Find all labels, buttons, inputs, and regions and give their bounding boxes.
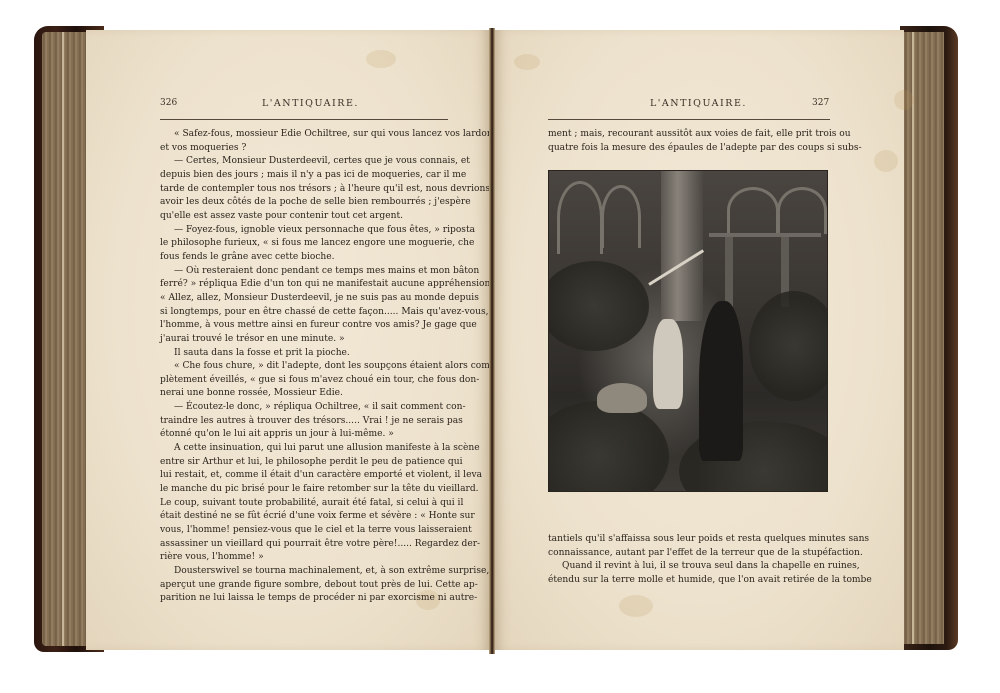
- left-page: 326 L'ANTIQUAIRE. « Safez-fous, mossieur…: [86, 30, 490, 650]
- attacker-figure: [653, 319, 683, 409]
- text-line: tarde de contempler tous nos trésors ; à…: [160, 183, 448, 197]
- text-line: lui restait, et, comme il était d'un car…: [160, 469, 448, 483]
- text-line: le manche du pic brisé pour le faire ret…: [160, 483, 448, 497]
- text-line: parition ne lui laissa le temps de procé…: [160, 592, 448, 606]
- column: [725, 237, 733, 307]
- foliage: [749, 291, 828, 401]
- page-edges-right: [904, 32, 944, 644]
- text-line: entre sir Arthur et lui, le philosophe p…: [160, 456, 448, 470]
- text-line: ment ; mais, recourant aussitôt aux voie…: [548, 128, 830, 142]
- text-line: — Où resteraient donc pendant ce temps m…: [160, 265, 448, 279]
- text-line: si longtemps, pour en être chassé de cet…: [160, 306, 448, 320]
- text-line: A cette insinuation, qui lui parut une a…: [160, 442, 448, 456]
- foliage: [548, 401, 669, 492]
- engraving-illustration: [548, 170, 828, 492]
- text-line: vous, l'homme! pensiez-vous que le ciel …: [160, 524, 448, 538]
- text-line: Le coup, suivant toute probabilité, aura…: [160, 497, 448, 511]
- text-line: ferré? » répliqua Edie d'un ton qui ne m…: [160, 278, 448, 292]
- book-gutter: [489, 28, 495, 654]
- text-line: « Safez-fous, mossieur Edie Ochiltree, s…: [160, 128, 448, 142]
- text-line: étendu sur la terre molle et humide, que…: [548, 574, 830, 588]
- stone-pillar: [661, 171, 703, 321]
- text-line: aperçut une grande figure sombre, debout…: [160, 579, 448, 593]
- text-line: et vos moqueries ?: [160, 142, 448, 156]
- text-line: « Allez, allez, Monsieur Dusterdeevil, j…: [160, 292, 448, 306]
- right-page-number: 327: [812, 98, 829, 108]
- fallen-old-man: [597, 383, 647, 413]
- text-line: depuis bien des jours ; mais il n'y a pa…: [160, 169, 448, 183]
- text-line: fous fends le grâne avec cette bioche.: [160, 251, 448, 265]
- text-line: était destiné ne se fût écrié d'une voix…: [160, 510, 448, 524]
- right-head-rule: [548, 119, 830, 120]
- left-running-head: 326 L'ANTIQUAIRE.: [86, 98, 490, 112]
- text-line: l'homme, à vous mettre ainsi en fureur c…: [160, 319, 448, 333]
- text-line: Il sauta dans la fosse et prit la pioche…: [160, 347, 448, 361]
- left-head-rule: [160, 119, 448, 120]
- text-line: Quand il revint à lui, il se trouva seul…: [548, 560, 830, 574]
- right-page-bottom-text: tantiels qu'il s'affaissa sous leur poid…: [548, 533, 830, 588]
- text-line: traindre les autres à trouver des trésor…: [160, 415, 448, 429]
- left-page-body-text: « Safez-fous, mossieur Edie Ochiltree, s…: [160, 128, 448, 606]
- text-line: étonné qu'on le lui ait appris un jour à…: [160, 428, 448, 442]
- text-line: plètement éveillés, « gue si fous m'avez…: [160, 374, 448, 388]
- text-line: avoir les deux côtés de la poche de sell…: [160, 196, 448, 210]
- hooded-dark-figure: [699, 301, 743, 461]
- gothic-arch-left: [557, 181, 603, 254]
- left-running-title: L'ANTIQUAIRE.: [262, 98, 359, 109]
- text-line: — Certes, Monsieur Dusterdeevil, certes …: [160, 155, 448, 169]
- text-line: j'aurai trouvé le trésor en une minute. …: [160, 333, 448, 347]
- text-line: quatre fois la mesure des épaules de l'a…: [548, 142, 830, 156]
- text-line: qu'elle est assez vaste pour contenir to…: [160, 210, 448, 224]
- text-line: assassiner un vieillard qui pourrait êtr…: [160, 538, 448, 552]
- page-edges-left: [42, 32, 88, 646]
- left-page-number: 326: [160, 98, 177, 108]
- text-line: — Écoutez-le donc, » répliqua Ochiltree,…: [160, 401, 448, 415]
- text-line: Dousterswivel se tourna machinalement, e…: [160, 565, 448, 579]
- text-line: rière vous, l'homme! »: [160, 551, 448, 565]
- right-running-head: L'ANTIQUAIRE. 327: [494, 98, 904, 112]
- text-line: tantiels qu'il s'affaissa sous leur poid…: [548, 533, 830, 547]
- text-line: le philosophe furieux, « si fous me lanc…: [160, 237, 448, 251]
- gothic-arch-left-2: [601, 185, 641, 248]
- open-book-photo: 326 L'ANTIQUAIRE. « Safez-fous, mossieur…: [0, 0, 1000, 693]
- text-line: « Che fous chure, » dit l'adepte, dont l…: [160, 360, 448, 374]
- right-page-top-text: ment ; mais, recourant aussitôt aux voie…: [548, 128, 830, 155]
- text-line: connaissance, autant par l'effet de la t…: [548, 547, 830, 561]
- gothic-arch-right-2: [777, 187, 827, 234]
- text-line: — Foyez-fous, ignoble vieux personnache …: [160, 224, 448, 238]
- gothic-arch-right: [727, 187, 779, 234]
- text-line: nerai une bonne rossée, Mossieur Edie.: [160, 387, 448, 401]
- right-running-title: L'ANTIQUAIRE.: [650, 98, 747, 109]
- foliage: [548, 261, 649, 351]
